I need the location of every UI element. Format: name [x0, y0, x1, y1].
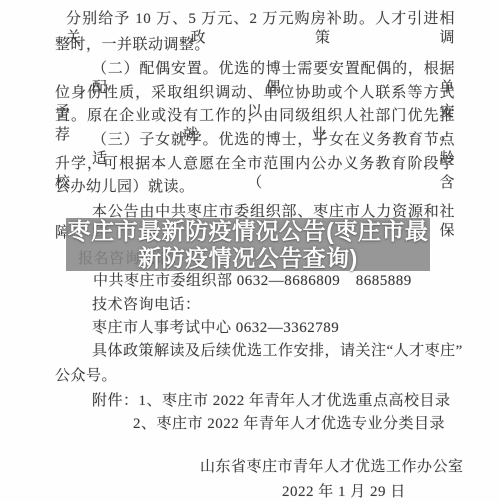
doc-line: 公众号。: [55, 367, 117, 386]
title-overlay: 枣庄市最新防疫情况公告(枣庄市最 新防疫情况公告查询): [66, 218, 430, 271]
doc-signature: 山东省枣庄市青年人才优选工作办公室: [200, 458, 464, 477]
overlay-title-line2: 新防疫情况公告查询): [138, 245, 358, 272]
screenshot-root: { "colors": { "page_bg": "#fefefe", "bod…: [0, 0, 500, 502]
doc-line-phone: 枣庄市人事考试中心 0632—3362789: [92, 319, 339, 338]
doc-line: 具体政策解读及后续优选工作安排，请关注“人才枣庄”: [92, 342, 463, 361]
doc-line-attachment-2: 2、枣庄市 2022 年青年人才优选专业分类目录: [133, 415, 445, 434]
doc-date: 2022 年 1 月 29 日: [282, 483, 406, 502]
doc-line: 公办幼儿园）就读。: [55, 178, 195, 197]
doc-line-attachment-1: 附件：1、枣庄市 2022 年青年人才优选重点高校目录: [92, 392, 451, 411]
doc-line: 技术咨询电话：: [92, 296, 201, 315]
scanned-document-page: 分别给予 10 万、5 万元、2 万元购房补助。人才引进相关政策调 整时，一并联…: [0, 0, 500, 502]
doc-line-phone: 中共枣庄市委组织部 0632—8686809 8685889: [93, 272, 412, 291]
doc-line: 整时，一并联动调整。: [55, 36, 210, 55]
overlay-title-line1: 枣庄市最新防疫情况公告(枣庄市最: [68, 218, 429, 245]
